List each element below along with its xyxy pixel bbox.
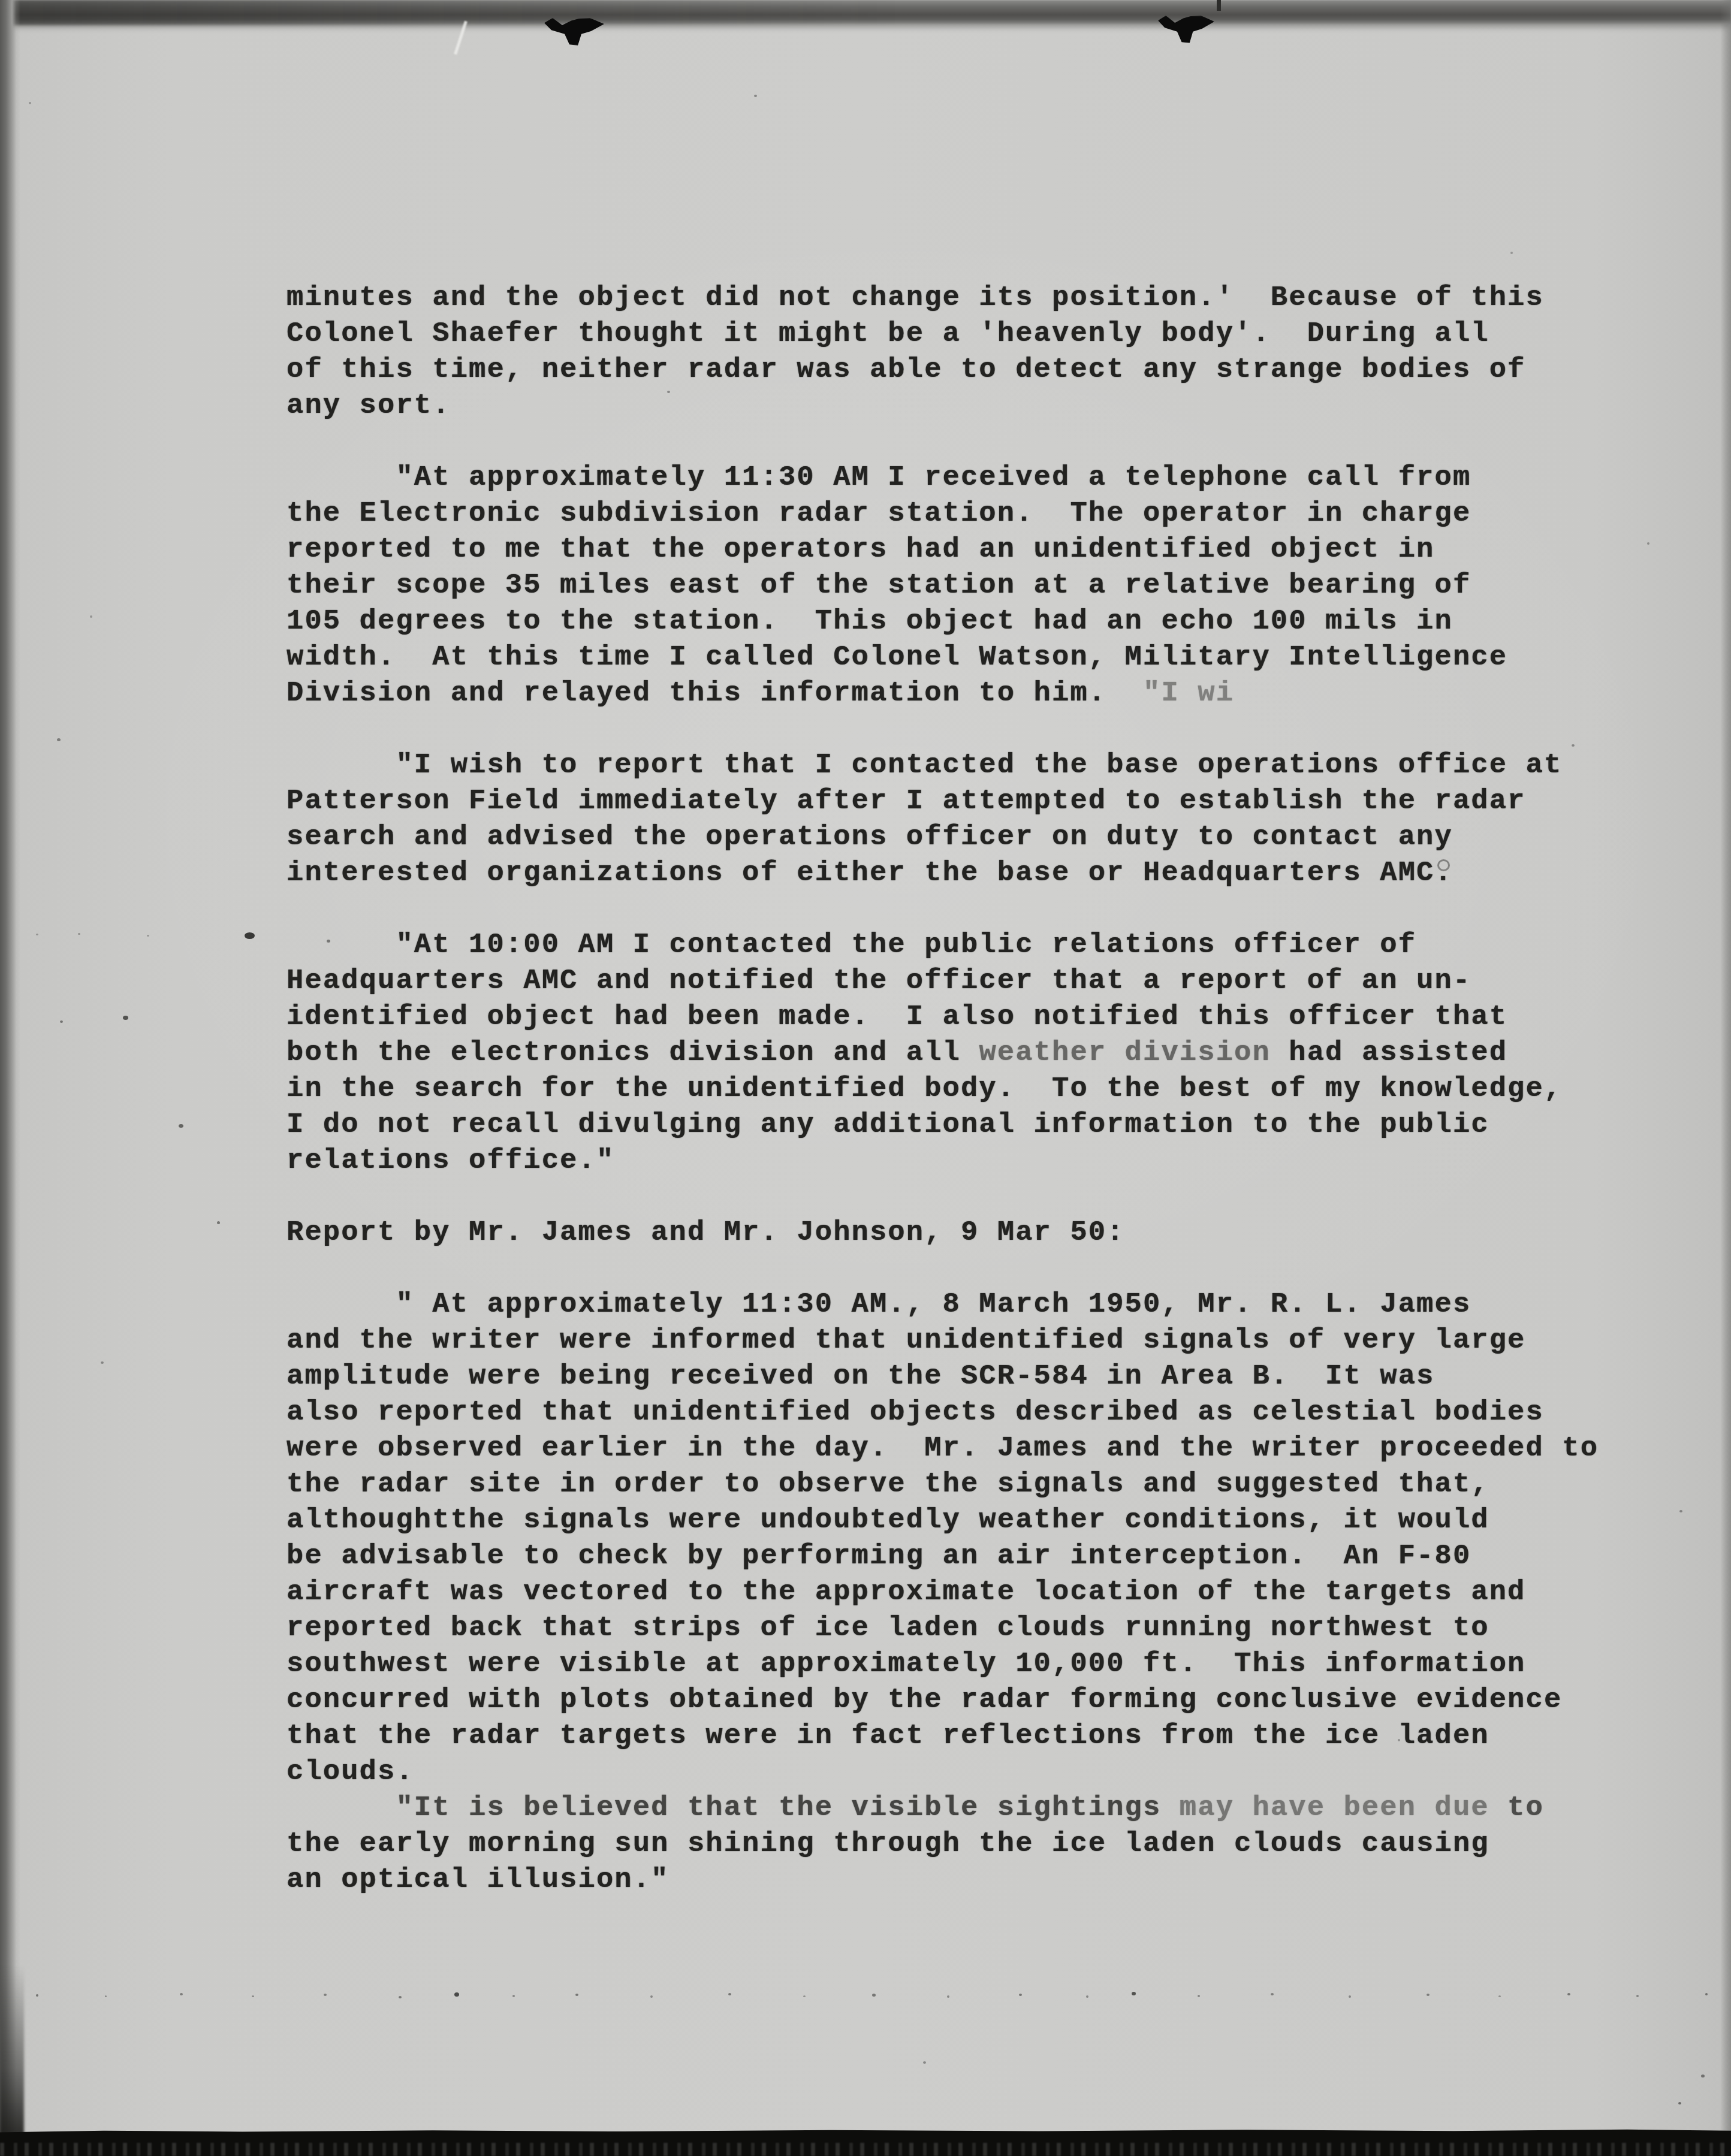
dust-speck <box>1019 1994 1022 1996</box>
typed-line: an optical illusion." <box>287 1862 1629 1898</box>
scan-edge-top-shadow <box>0 0 899 25</box>
section-heading: Report by Mr. James and Mr. Johnson, 9 M… <box>287 1215 1629 1251</box>
dust-speck <box>1427 1994 1430 1996</box>
dust-speck <box>923 2061 926 2064</box>
typed-line: Headquarters AMC and notified the office… <box>287 964 1629 1000</box>
dust-speck <box>78 933 80 935</box>
dust-speck <box>803 1995 806 1997</box>
dust-speck <box>1398 1739 1400 1741</box>
typed-line: Colonel Shaefer thought it might be a 'h… <box>287 316 1629 352</box>
dust-speck <box>667 391 670 393</box>
typed-line: I do not recall divulging any additional… <box>287 1107 1629 1143</box>
typed-segment: to <box>1489 1792 1544 1824</box>
typed-line: aircraft was vectored to the approximate… <box>287 1575 1629 1611</box>
dust-speck <box>36 934 38 935</box>
dust-speck <box>147 935 149 937</box>
typed-line: "I wish to report that I contacted the b… <box>287 748 1629 784</box>
dust-speck <box>1086 1995 1088 1998</box>
paragraph-5: " At approximately 11:30 AM., 8 March 19… <box>287 1287 1629 1790</box>
typed-line: their scope 35 miles east of the station… <box>287 568 1629 604</box>
dust-speck <box>1572 744 1575 747</box>
dust-speck <box>60 1020 63 1023</box>
scan-edge-left-bottom-smudge <box>0 1965 24 2156</box>
dust-speck <box>105 1995 107 1997</box>
typed-line: of this time, neither radar was able to … <box>287 352 1629 388</box>
typed-segment: weather division <box>979 1037 1270 1069</box>
dust-speck <box>1679 1510 1682 1512</box>
dust-speck <box>245 932 255 939</box>
dust-speck <box>57 738 61 741</box>
typed-line: in the search for the unidentified body.… <box>287 1071 1629 1107</box>
typed-line: minutes and the object did not change it… <box>287 280 1629 316</box>
typed-line: that the radar targets were in fact refl… <box>287 1719 1629 1755</box>
typed-line: "It is believed that the visible sightin… <box>287 1790 1629 1826</box>
typed-line: search and advised the operations office… <box>287 820 1629 856</box>
typed-segment: had assisted <box>1271 1037 1507 1069</box>
stray-ring-mark <box>1437 859 1450 871</box>
dust-speck <box>217 1221 220 1224</box>
typed-line: amplitude were being received on the SCR… <box>287 1359 1629 1395</box>
scan-edge-right <box>1720 0 1731 2156</box>
paragraph-1: minutes and the object did not change it… <box>287 280 1629 424</box>
dust-speck <box>1705 1993 1708 1995</box>
dust-speck <box>123 1016 128 1020</box>
dust-speck <box>947 1995 949 1998</box>
dust-speck <box>454 1992 459 1997</box>
dust-speck <box>90 615 92 618</box>
dust-speck <box>179 1124 183 1128</box>
typed-line: identified object had been made. I also … <box>287 1000 1629 1035</box>
dust-speck <box>252 1995 254 1997</box>
paragraph-4: "At 10:00 AM I contacted the public rela… <box>287 928 1629 1179</box>
typed-segment: "I wi <box>1143 678 1234 709</box>
film-scratch-mark <box>454 21 468 55</box>
dust-speck <box>36 1994 38 1997</box>
dust-speck <box>1349 1995 1351 1998</box>
typed-segment: "It is believed that the visible sightin… <box>287 1792 1180 1824</box>
typed-line: and the writer were informed that uniden… <box>287 1323 1629 1359</box>
document-body: minutes and the object did not change it… <box>287 280 1629 1898</box>
typed-segment: may have been due <box>1180 1792 1489 1824</box>
film-nick-mark <box>1217 0 1221 11</box>
dust-speck <box>101 1361 104 1364</box>
dust-speck <box>399 1996 402 1998</box>
typed-line: Report by Mr. James and Mr. Johnson, 9 M… <box>287 1215 1629 1251</box>
dust-speck <box>180 1993 183 1995</box>
typed-line: interested organizations of either the b… <box>287 856 1629 892</box>
typed-line: relations office." <box>287 1143 1629 1179</box>
dust-speck <box>1647 542 1649 545</box>
typed-line: any sort. <box>287 388 1629 424</box>
typed-line: width. At this time I called Colonel Wat… <box>287 640 1629 676</box>
dust-speck <box>728 1993 731 1995</box>
dust-speck <box>29 102 31 104</box>
dust-speck <box>327 940 330 943</box>
dust-speck <box>1510 252 1513 254</box>
typed-line: Patterson Field immediately after I atte… <box>287 784 1629 820</box>
typed-line: the Electronic subdivision radar station… <box>287 496 1629 532</box>
typed-line: "At 10:00 AM I contacted the public rela… <box>287 928 1629 964</box>
dust-speck <box>1636 1995 1639 1997</box>
dust-speck <box>1701 2075 1705 2078</box>
binding-mark-icon <box>544 18 604 46</box>
dust-speck <box>872 1994 876 1997</box>
typed-line: clouds. <box>287 1755 1629 1790</box>
typed-line: 105 degrees to the station. This object … <box>287 604 1629 640</box>
scan-edge-left <box>0 0 20 2156</box>
paragraph-6: "It is believed that the visible sightin… <box>287 1790 1629 1898</box>
typed-line: also reported that unidentified objects … <box>287 1395 1629 1431</box>
binding-mark-icon <box>1158 16 1214 43</box>
typed-segment: Division and relayed this information to… <box>287 678 1143 709</box>
typed-line: Division and relayed this information to… <box>287 676 1629 712</box>
dust-speck <box>575 1994 578 1996</box>
typed-line: reported to me that the operators had an… <box>287 532 1629 568</box>
dust-speck <box>1678 2102 1681 2104</box>
dust-speck <box>1567 1993 1570 1995</box>
dust-speck <box>324 1994 327 1996</box>
dust-speck <box>1271 1993 1274 1995</box>
dust-speck <box>754 95 757 97</box>
typed-line: " At approximately 11:30 AM., 8 March 19… <box>287 1287 1629 1323</box>
dust-speck <box>1132 1992 1136 1995</box>
paragraph-3: "I wish to report that I contacted the b… <box>287 748 1629 892</box>
typed-line: southwest were visible at approximately … <box>287 1647 1629 1683</box>
dust-speck <box>512 1995 515 1997</box>
typed-line: be advisable to check by performing an a… <box>287 1539 1629 1575</box>
typed-line: both the electronics division and all we… <box>287 1035 1629 1071</box>
paragraph-2: "At approximately 11:30 AM I received a … <box>287 460 1629 712</box>
scan-edge-bottom-grain <box>0 2143 1731 2156</box>
dust-speck <box>1498 1995 1501 1997</box>
scanned-document-page: minutes and the object did not change it… <box>0 0 1731 2156</box>
dust-speck <box>650 1995 653 1998</box>
typed-line: althoughtthe signals were undoubtedly we… <box>287 1503 1629 1539</box>
typed-line: reported back that strips of ice laden c… <box>287 1611 1629 1647</box>
typed-line: "At approximately 11:30 AM I received a … <box>287 460 1629 496</box>
dust-speck <box>1198 1995 1200 1997</box>
typed-line: the early morning sun shining through th… <box>287 1826 1629 1862</box>
typed-line: the radar site in order to observe the s… <box>287 1467 1629 1503</box>
typed-segment: both the electronics division and all <box>287 1037 979 1069</box>
typed-line: concurred with plots obtained by the rad… <box>287 1683 1629 1719</box>
typed-line: were observed earlier in the day. Mr. Ja… <box>287 1431 1629 1467</box>
